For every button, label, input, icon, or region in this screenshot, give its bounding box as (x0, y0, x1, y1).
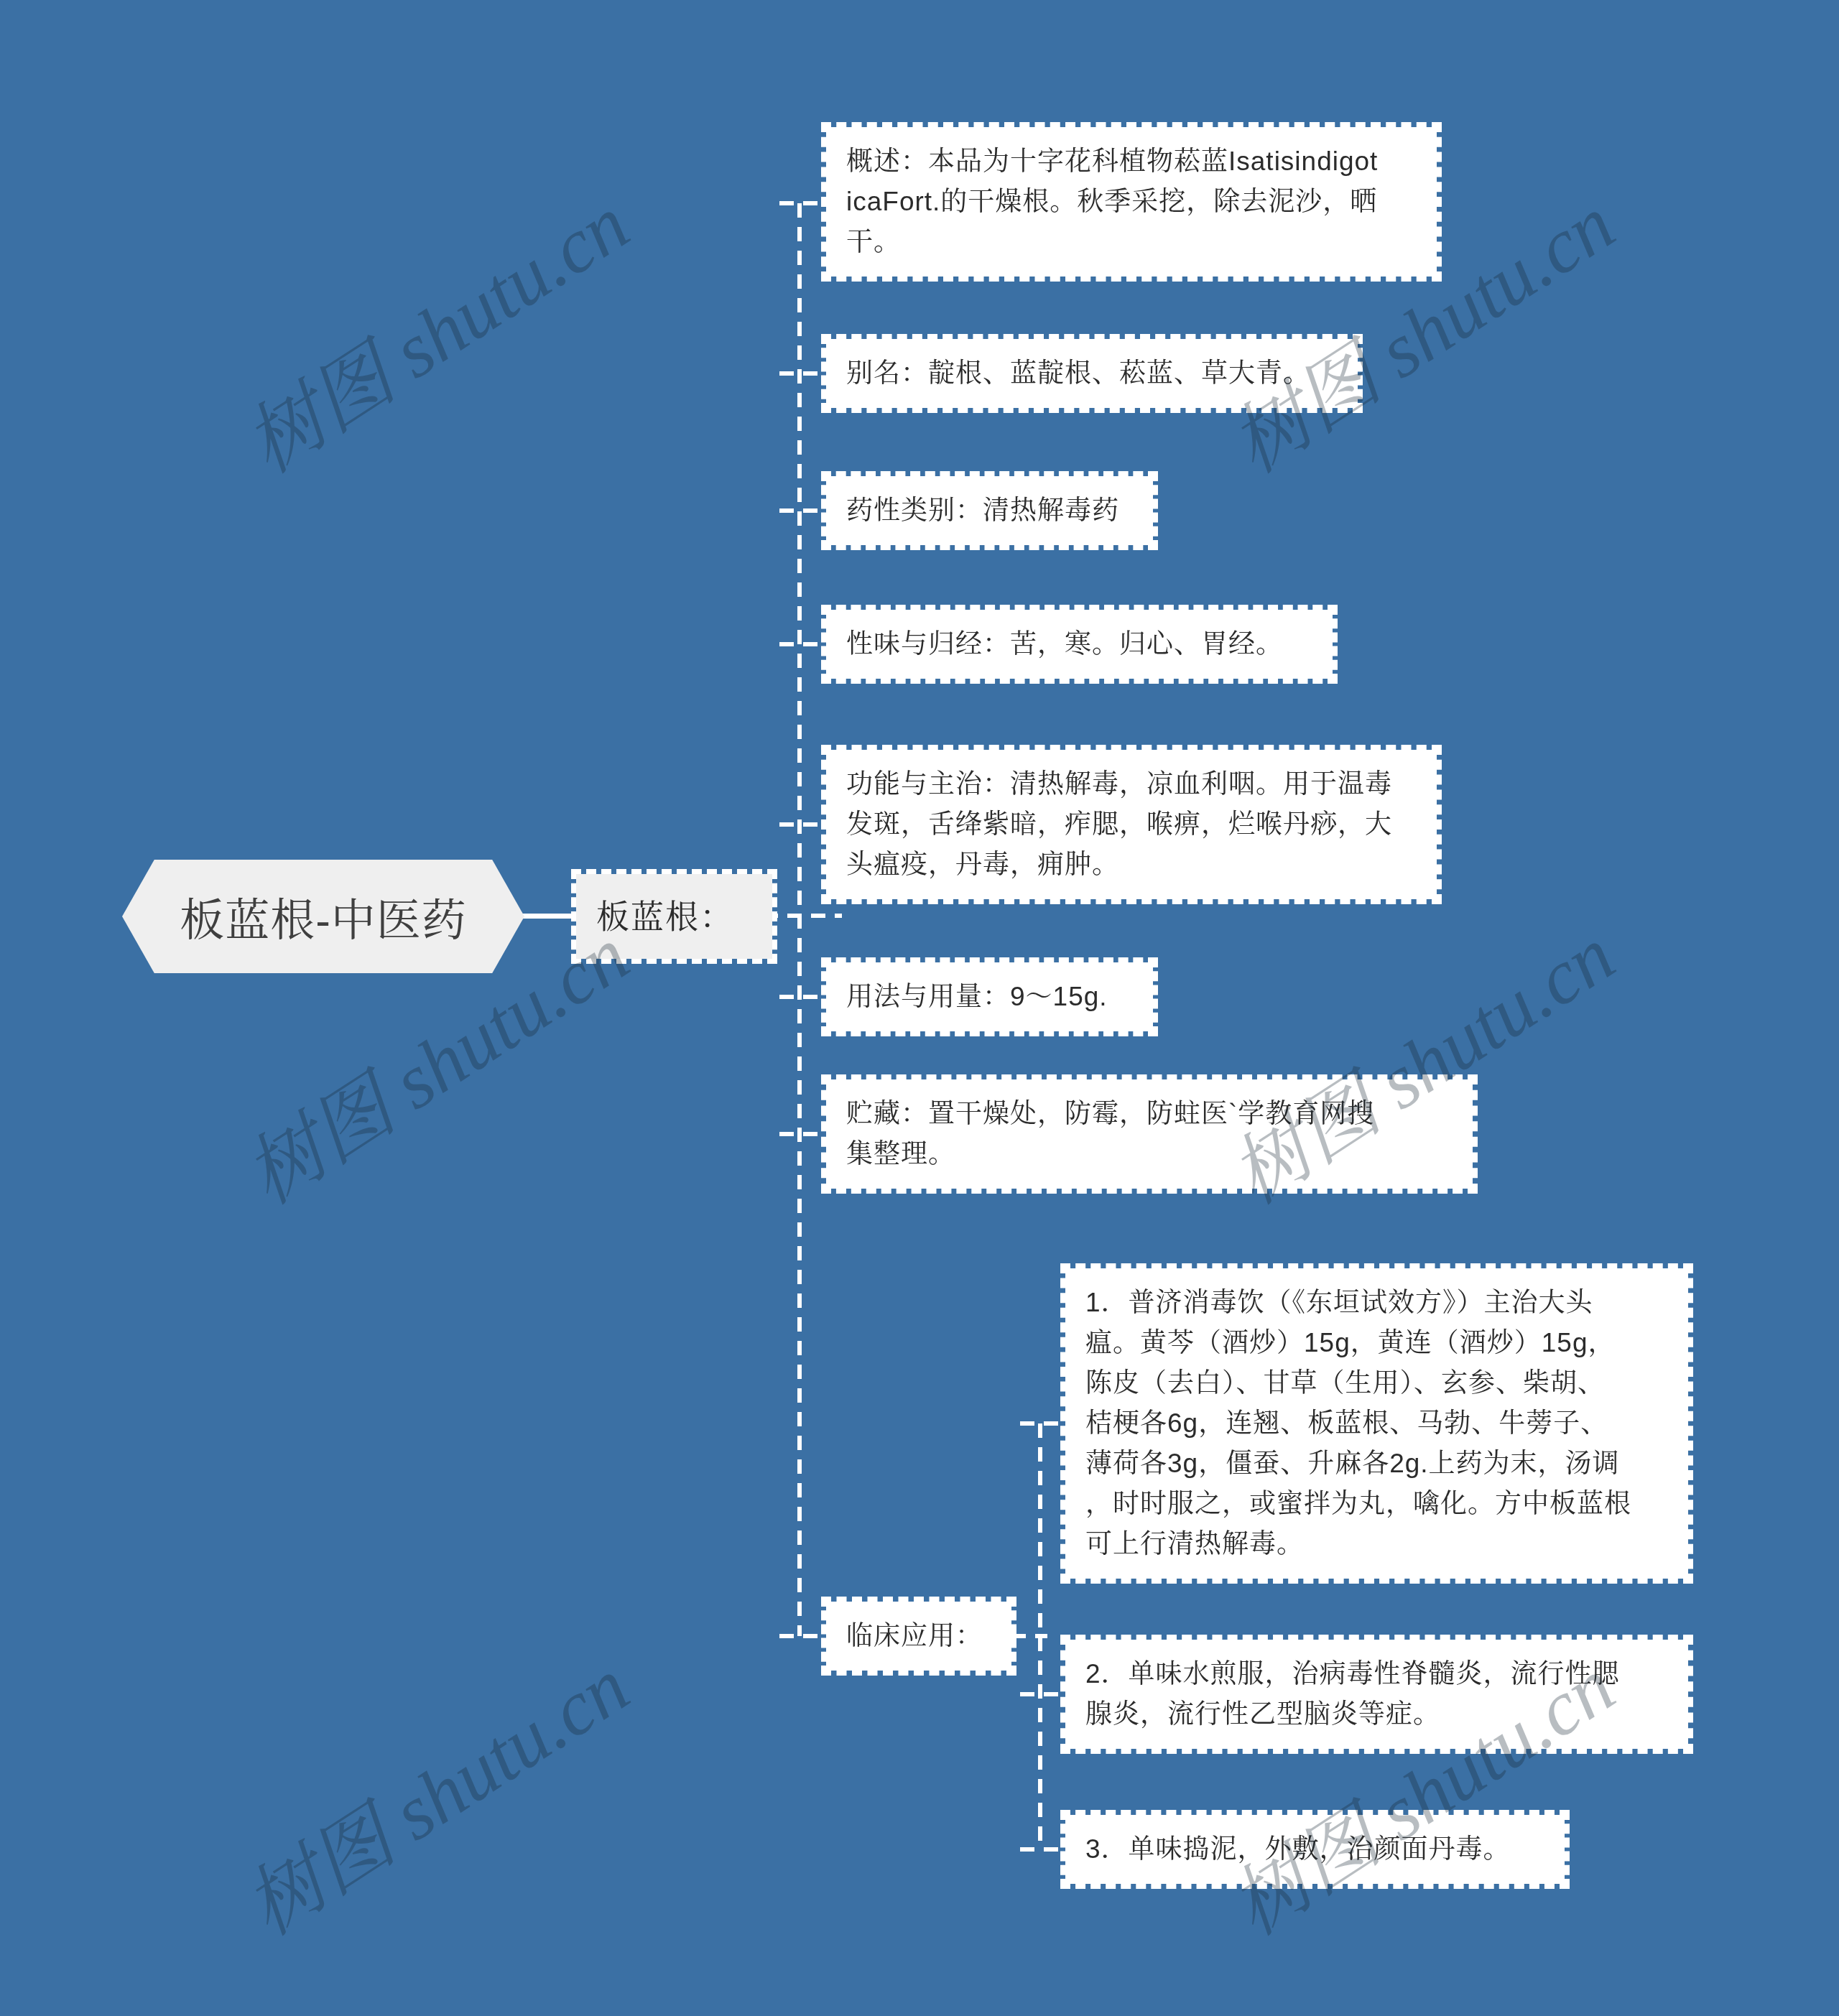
watermark: 树图 shutu.cn (221, 1625, 647, 1956)
branch-category: 药性类别：清热解毒药 (821, 471, 1158, 550)
clinical-node-label: 临床应用： (846, 1616, 983, 1656)
title-hexagon: 板蓝根-中医药 (122, 860, 524, 973)
connector-stub-storage (779, 1132, 828, 1136)
connector-stub-taste (779, 642, 828, 646)
connector-stub-overview (779, 201, 828, 205)
branch-function-indication-text: 功能与主治：清热解毒，凉血利咽。用于温毒 发斑，舌绛紫暗，痄腮，喉痹，烂喉丹痧，… (846, 764, 1392, 885)
connector-stub-aliases (779, 371, 828, 376)
clinical-item-1-text: 1．普济消毒饮（《东垣试效方》）主治大头 瘟。黄芩（酒炒）15g，黄连（酒炒）1… (1085, 1283, 1631, 1564)
connector-stub-dosage (779, 995, 828, 999)
connector-stub-clinical (779, 1634, 828, 1638)
branch-aliases: 别名：靛根、蓝靛根、菘蓝、草大青。 (821, 334, 1363, 413)
root-label: 板蓝根： (596, 896, 734, 937)
branch-category-text: 药性类别：清热解毒药 (846, 491, 1119, 531)
watermark: 树图 shutu.cn (221, 163, 647, 493)
connector-clinical-trunk (1038, 1423, 1042, 1849)
clinical-item-3: 3．单味捣泥，外敷，治颜面丹毒。 (1060, 1810, 1570, 1889)
connector-stub-function (779, 822, 828, 827)
branch-dosage-text: 用法与用量：9～15g. (846, 977, 1108, 1017)
clinical-node: 临床应用： (821, 1597, 1016, 1676)
branch-taste-meridian-text: 性味与归经：苦，寒。归心、胃经。 (846, 624, 1283, 664)
branch-overview-text: 概述：本品为十字花科植物菘蓝Isatisindigot icaFort.的干燥根… (846, 141, 1378, 262)
mindmap-canvas: { "colors": { "background": "#3b70a4", "… (0, 0, 1839, 2016)
clinical-item-2-text: 2．单味水煎服，治病毒性脊髓炎，流行性腮 腺炎，流行性乙型脑炎等症。 (1085, 1654, 1620, 1734)
connector-main-trunk (797, 203, 802, 1636)
title-label: 板蓝根-中医药 (180, 885, 467, 949)
branch-overview: 概述：本品为十字花科植物菘蓝Isatisindigot icaFort.的干燥根… (821, 122, 1442, 282)
clinical-item-3-text: 3．单味捣泥，外敷，治颜面丹毒。 (1085, 1829, 1511, 1869)
branch-storage-text: 贮藏：置干燥处，防霉，防蛀医`学教育网搜 集整理。 (846, 1094, 1374, 1174)
clinical-item-2: 2．单味水煎服，治病毒性脊髓炎，流行性腮 腺炎，流行性乙型脑炎等症。 (1060, 1635, 1693, 1754)
clinical-item-1: 1．普济消毒饮（《东垣试效方》）主治大头 瘟。黄芩（酒炒）15g，黄连（酒炒）1… (1060, 1263, 1693, 1584)
root-node: 板蓝根： (571, 869, 777, 964)
branch-aliases-text: 别名：靛根、蓝靛根、菘蓝、草大青。 (846, 353, 1310, 394)
branch-dosage: 用法与用量：9～15g. (821, 957, 1158, 1036)
connector-stub-category (779, 508, 828, 513)
branch-taste-meridian: 性味与归经：苦，寒。归心、胃经。 (821, 605, 1338, 684)
branch-storage: 贮藏：置干燥处，防霉，防蛀医`学教育网搜 集整理。 (821, 1074, 1478, 1194)
branch-function-indication: 功能与主治：清热解毒，凉血利咽。用于温毒 发斑，舌绛紫暗，痄腮，喉痹，烂喉丹痧，… (821, 745, 1442, 904)
